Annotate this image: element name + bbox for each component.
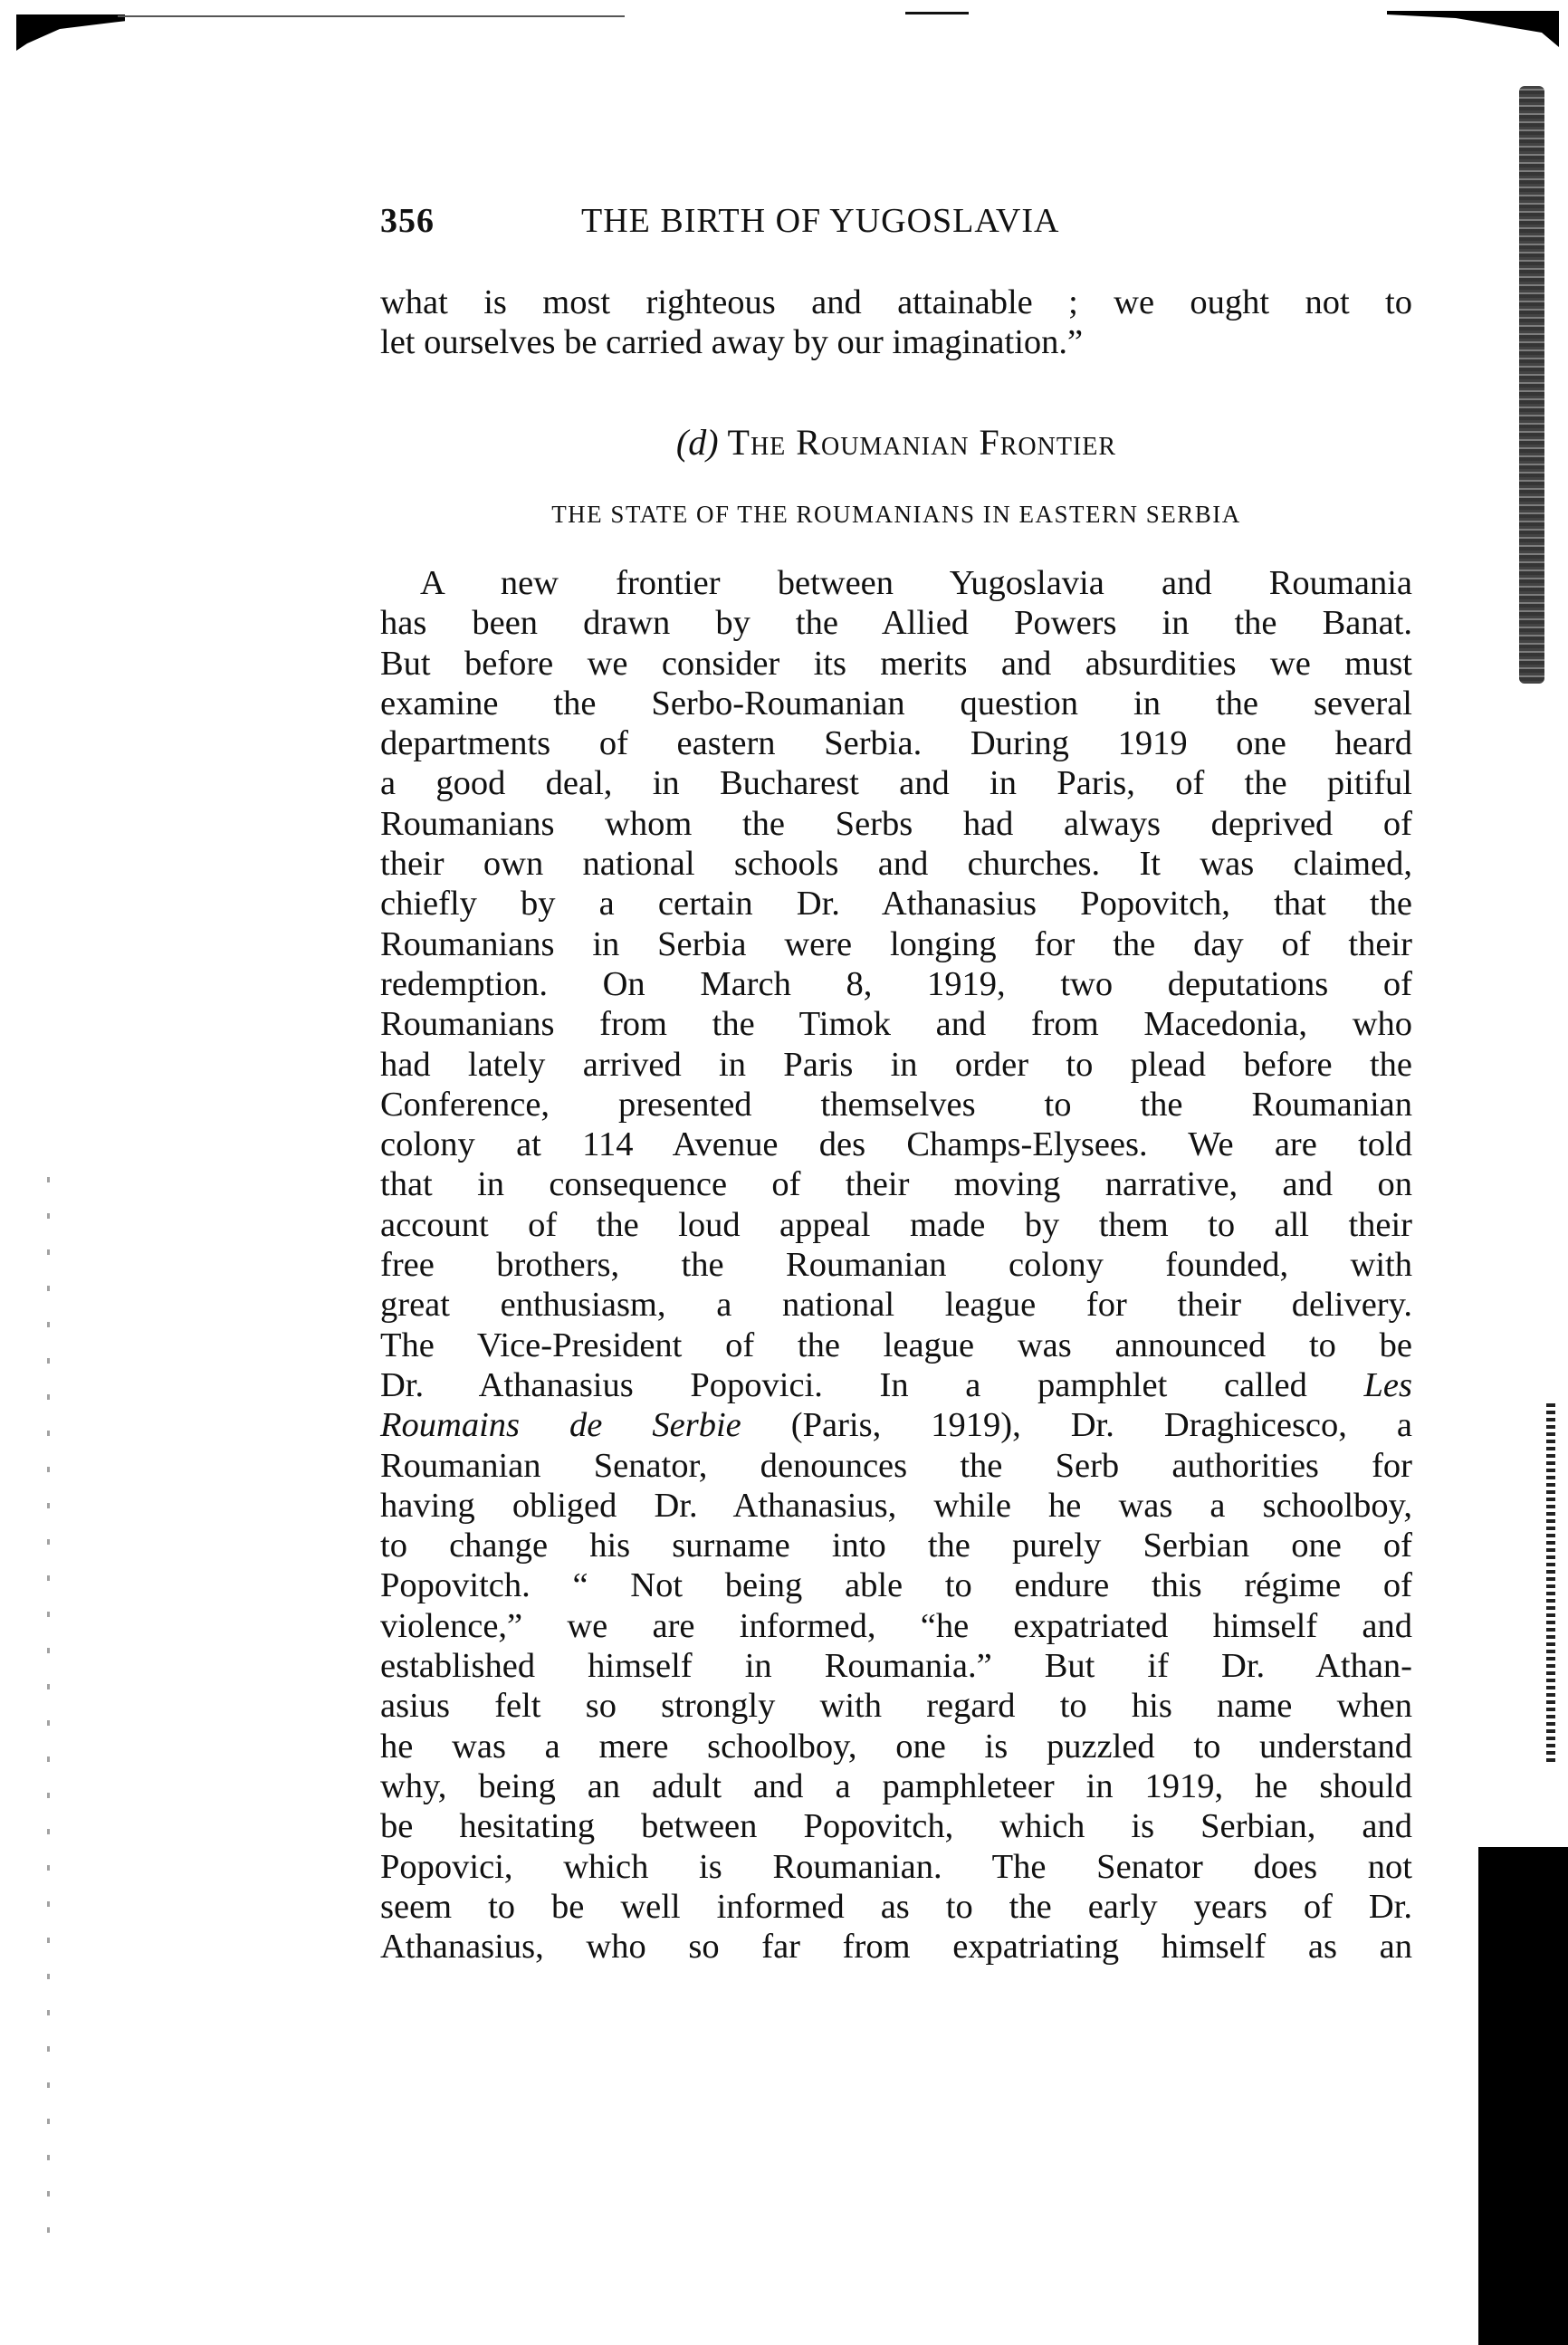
text-line: Roumanians whom the Serbs had always dep… [380, 804, 1412, 844]
text-line: Roumanians from the Timok and from Maced… [380, 1004, 1412, 1044]
text-line: Athanasius, who so far from expatriating… [380, 1927, 1412, 1967]
subheading: THE STATE OF THE ROUMANIANS IN EASTERN S… [380, 501, 1412, 529]
scan-shadow-bottom-right [1478, 1847, 1568, 2345]
text-line: a good deal, in Bucharest and in Paris, … [380, 763, 1412, 803]
text-line: seem to be well informed as to the early… [380, 1887, 1412, 1927]
text-line: he was a mere schoolboy, one is puzzled … [380, 1727, 1412, 1766]
text-line: great enthusiasm, a national league for … [380, 1285, 1412, 1325]
text-line: that in consequence of their moving narr… [380, 1164, 1412, 1204]
text-line: Popovici, which is Roumanian. The Senato… [380, 1847, 1412, 1887]
text-fragment: Dr. Athanasius Popovici. In a pamphlet c… [380, 1366, 1307, 1404]
text-line: Roumanian Senator, denounces the Serb au… [380, 1446, 1412, 1486]
text-line: departments of eastern Serbia. During 19… [380, 723, 1412, 763]
text-fragment: (Paris, 1919), Dr. Draghicesco, a [791, 1406, 1412, 1444]
text-line: established himself in Roumania.” But if… [380, 1646, 1412, 1686]
running-title: THE BIRTH OF YUGOSLAVIA [581, 201, 1059, 241]
italic-title: Roumains de Serbie [380, 1406, 741, 1444]
text-line: Popovitch. “ Not being able to endure th… [380, 1565, 1412, 1605]
text-line: chiefly by a certain Dr. Athanasius Popo… [380, 884, 1412, 924]
scan-edge-top [118, 15, 625, 17]
text-line: asius felt so strongly with regard to hi… [380, 1686, 1412, 1726]
text-line: having obliged Dr. Athanasius, while he … [380, 1486, 1412, 1526]
text-line: The Vice-President of the league was ann… [380, 1326, 1412, 1365]
text-line: Roumanians in Serbia were longing for th… [380, 924, 1412, 964]
continued-quotation: what is most righteous and attainable ; … [380, 282, 1412, 363]
text-line: examine the Serbo-Roumanian question in … [380, 684, 1412, 723]
text-line: their own national schools and churches.… [380, 844, 1412, 884]
text-line: be hesitating between Popovitch, which i… [380, 1806, 1412, 1846]
body-paragraph: A new frontier between Yugoslavia and Ro… [380, 563, 1412, 1967]
text-line: why, being an adult and a pamphleteer in… [380, 1766, 1412, 1806]
text-line: redemption. On March 8, 1919, two deputa… [380, 964, 1412, 1004]
section-title-text: The Roumanian Frontier [728, 422, 1117, 463]
text-line: But before we consider its merits and ab… [380, 644, 1412, 684]
text-line: to change his surname into the purely Se… [380, 1526, 1412, 1565]
text-line: free brothers, the Roumanian colony foun… [380, 1245, 1412, 1285]
page-number: 356 [380, 201, 435, 241]
section-title: (d) The Roumanian Frontier [380, 421, 1412, 464]
text-line: has been drawn by the Allied Powers in t… [380, 603, 1412, 643]
text-line: violence,” we are informed, “he expatria… [380, 1606, 1412, 1646]
scan-left-margin-noise [47, 1177, 50, 2264]
text-line: Conference, presented themselves to the … [380, 1085, 1412, 1125]
scan-binding-edge [1519, 86, 1544, 684]
text-line: what is most righteous and attainable ; … [380, 282, 1412, 322]
scan-shadow-top-right [1387, 11, 1559, 47]
scan-binding-edge-lower [1546, 1403, 1555, 1766]
italic-title: Les [1364, 1366, 1412, 1404]
running-head: 356 THE BIRTH OF YUGOSLAVIA [380, 201, 1412, 246]
scan-shadow-top-left [16, 14, 125, 51]
text-line: Roumains de Serbie (Paris, 1919), Dr. Dr… [380, 1405, 1412, 1445]
section-letter: (d) [676, 422, 719, 463]
text-line: had lately arrived in Paris in order to … [380, 1045, 1412, 1085]
text-line: Dr. Athanasius Popovici. In a pamphlet c… [380, 1365, 1412, 1405]
text-line: account of the loud appeal made by them … [380, 1205, 1412, 1245]
text-line: let ourselves be carried away by our ima… [380, 322, 1412, 362]
text-line: A new frontier between Yugoslavia and Ro… [380, 563, 1412, 603]
scan-mark-top [905, 12, 969, 14]
text-line: colony at 114 Avenue des Champs-Elysees.… [380, 1125, 1412, 1164]
